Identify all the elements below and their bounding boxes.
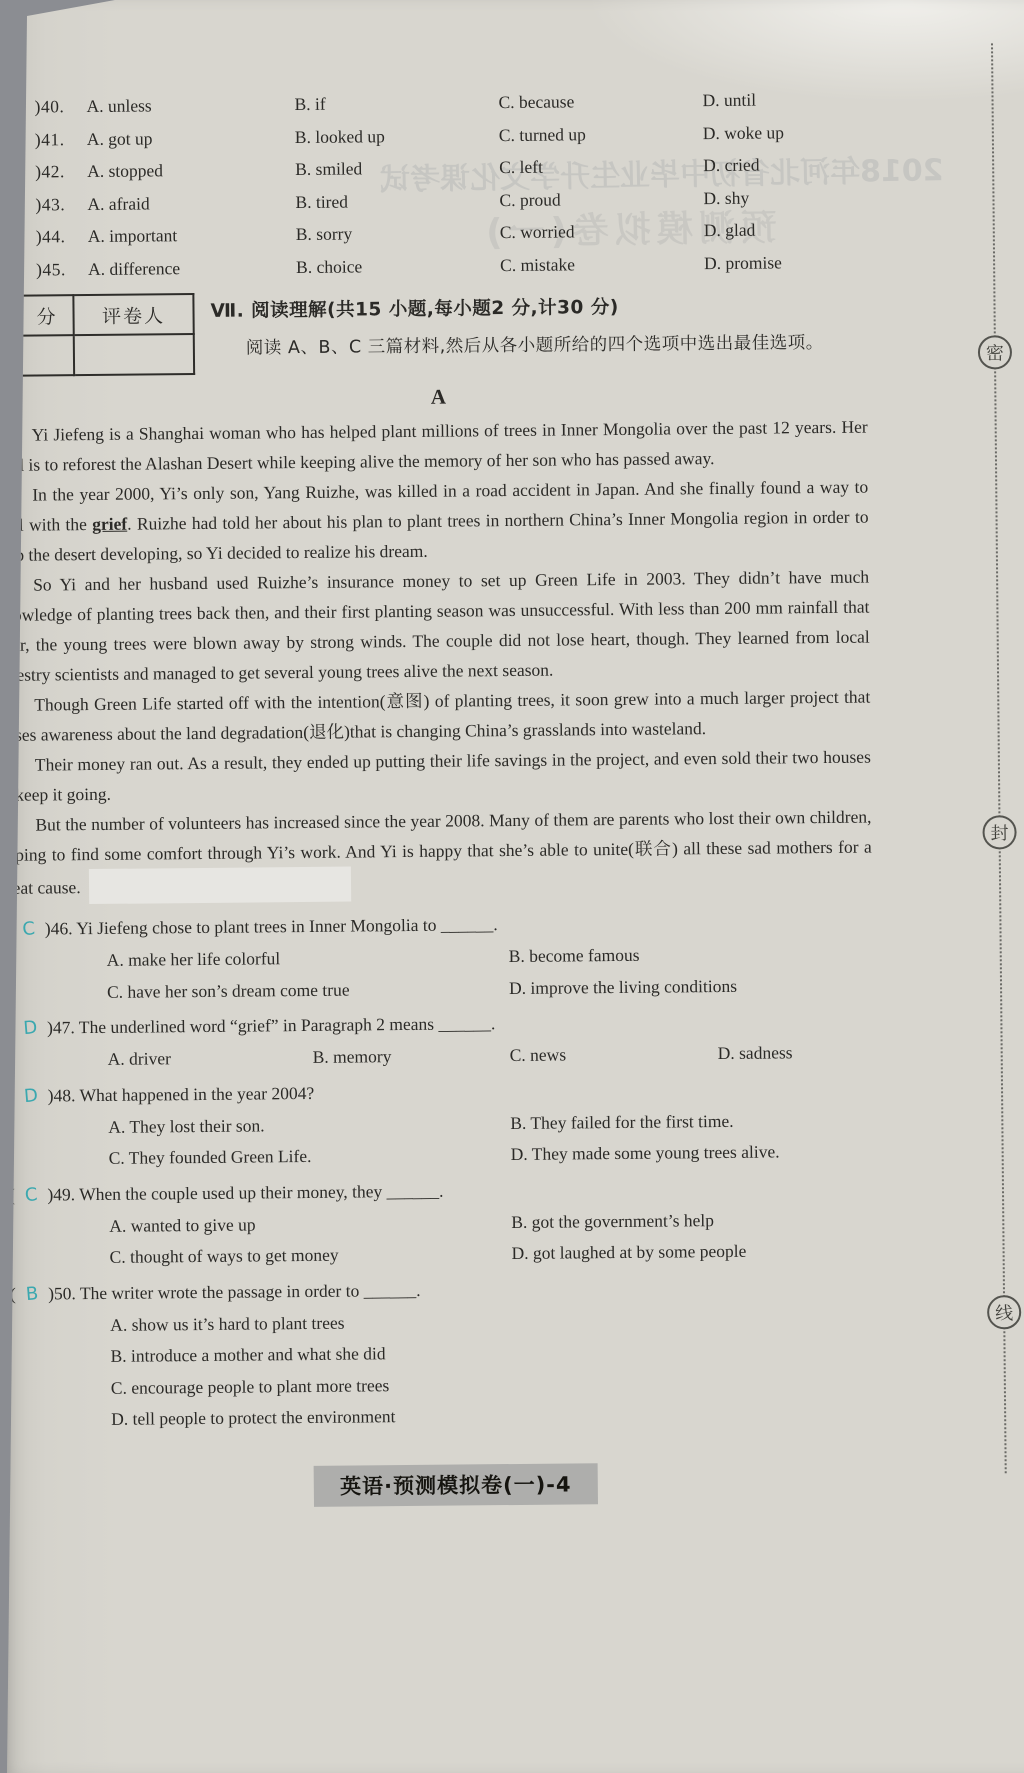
- handwritten-answer-45: A: [5, 252, 37, 287]
- handwritten-answer-40: B: [3, 90, 35, 125]
- question-46: (C)46. Yi Jiefeng chose to plant trees i…: [6, 904, 893, 1009]
- option-b: B. sorry: [296, 216, 500, 250]
- option-c: C. proud: [499, 182, 703, 216]
- option-a: A. driver: [108, 1042, 313, 1075]
- option-c: C. They founded Green Life.: [109, 1139, 511, 1174]
- option-b: B. memory: [313, 1040, 510, 1073]
- score-table-header-grader: 评卷人: [73, 294, 193, 335]
- handwritten-answer-47: D: [22, 1012, 38, 1045]
- handwritten-answer-49: C: [24, 1179, 39, 1212]
- paren-open: (: [7, 1018, 13, 1038]
- question-48: (D)48. What happened in the year 2004? A…: [8, 1071, 895, 1176]
- option-b: B. got the government’s help: [511, 1203, 895, 1238]
- option-d: D. improve the living conditions: [509, 969, 893, 1004]
- handwritten-answer-48: D: [23, 1080, 39, 1113]
- page-content: B )40. A. unless B. if C. because D. unt…: [0, 0, 1024, 1773]
- handwritten-answer-46: C: [21, 913, 36, 946]
- cloze-section: B )40. A. unless B. if C. because D. unt…: [0, 82, 892, 286]
- question-number-49: )49.: [47, 1184, 75, 1204]
- section-instruction: 阅读 A、B、C 三篇材料,然后从各小题所给的四个选项中选出最佳选项。: [211, 329, 824, 360]
- section-header-row: 得 分 评卷人 Ⅶ. 阅读理解(共15 小题,每小题2 分,计30 分) 阅读 …: [0, 286, 881, 377]
- option-b: B. if: [294, 86, 498, 120]
- question-number-46: )46.: [45, 918, 73, 938]
- option-d: D. woke up: [703, 115, 891, 149]
- option-b: B. looked up: [295, 119, 499, 153]
- option-c: C. worried: [500, 214, 704, 248]
- option-c: C. left: [499, 149, 703, 183]
- question-number-45: )45.: [36, 253, 88, 286]
- paren-open: (: [8, 1085, 14, 1105]
- question-48-options: A. They lost their son. B. They failed f…: [8, 1104, 895, 1176]
- option-d: D. cried: [703, 147, 891, 181]
- stem-text: When the couple used up their money, the…: [79, 1180, 444, 1203]
- question-number-50: )50.: [48, 1283, 76, 1303]
- option-d: D. sadness: [718, 1036, 894, 1069]
- question-50-options: A. show us it’s hard to plant trees B. i…: [10, 1302, 897, 1436]
- stem-text: Yi Jiefeng chose to plant trees in Inner…: [76, 914, 498, 938]
- option-a: A. important: [88, 218, 296, 252]
- option-a: A. They lost their son.: [108, 1108, 510, 1143]
- seal-char-xian: 线: [987, 1295, 1021, 1329]
- option-c: C. because: [498, 84, 702, 118]
- option-d: D. glad: [704, 212, 892, 246]
- option-d: D. They made some young trees alive.: [510, 1135, 894, 1170]
- question-49: (C)49. When the couple used up their mon…: [9, 1170, 896, 1275]
- handwritten-answer-50: B: [25, 1278, 40, 1311]
- seal-char-feng: 封: [982, 815, 1016, 849]
- paragraph-6: But the number of volunteers has increas…: [0, 802, 872, 905]
- option-b: B. become famous: [509, 937, 893, 972]
- handwritten-answer-42: B: [4, 155, 36, 190]
- paragraph-2-after: . Ruizhe had told her about his plan to …: [0, 507, 869, 565]
- reading-questions: (C)46. Yi Jiefeng chose to plant trees i…: [0, 904, 897, 1436]
- option-c: C. have her son’s dream come true: [107, 973, 509, 1008]
- section-vii-block: Ⅶ. 阅读理解(共15 小题,每小题2 分,计30 分) 阅读 A、B、C 三篇…: [194, 287, 824, 375]
- option-c: C. thought of ways to get money: [109, 1238, 511, 1273]
- option-d: D. shy: [703, 180, 891, 214]
- option-b: B. They failed for the first time.: [510, 1104, 894, 1139]
- question-number-43: )43.: [35, 188, 87, 221]
- option-c: C. news: [510, 1038, 718, 1071]
- seal-dotted-line: [991, 43, 1007, 1473]
- question-number-48: )48.: [48, 1085, 76, 1105]
- paragraph-4: Though Green Life started off with the i…: [0, 682, 871, 750]
- question-47: (D)47. The underlined word “grief” in Pa…: [7, 1003, 894, 1076]
- option-b: B. tired: [295, 184, 499, 218]
- option-a: A. afraid: [87, 186, 295, 220]
- handwritten-answer-43: C: [4, 187, 36, 222]
- score-table: 得 分 评卷人: [0, 293, 195, 377]
- section-title: Ⅶ. 阅读理解(共15 小题,每小题2 分,计30 分): [210, 291, 823, 323]
- score-table-header-score: 得 分: [0, 295, 74, 336]
- stem-text: The underlined word “grief” in Paragraph…: [79, 1013, 496, 1037]
- question-number-42: )42.: [35, 155, 87, 188]
- paren-open: (: [9, 1184, 15, 1204]
- option-d: D. until: [702, 82, 890, 116]
- option-b: B. smiled: [295, 151, 499, 185]
- question-50: (B)50. The writer wrote the passage in o…: [10, 1269, 897, 1436]
- paragraph-1: Yi Jiefeng is a Shanghai woman who has h…: [0, 412, 868, 480]
- question-number-47: )47.: [47, 1017, 75, 1037]
- paragraph-2: In the year 2000, Yi’s only son, Yang Ru…: [0, 472, 869, 570]
- option-d: D. got laughed at by some people: [511, 1234, 895, 1269]
- option-d: D. tell people to protect the environmen…: [111, 1396, 897, 1435]
- option-b: B. choice: [296, 249, 500, 283]
- handwritten-answer-44: D: [5, 220, 37, 255]
- question-number-44: )44.: [36, 220, 88, 253]
- paren-open: (: [10, 1283, 16, 1303]
- question-number-40: )40.: [34, 90, 86, 123]
- exam-page-scan: 2018年河北省初中毕业生升学文化课考试 预测模拟卷(一) B )40. A. …: [0, 0, 1024, 1773]
- option-a: A. unless: [86, 88, 294, 122]
- question-number-41: )41.: [35, 123, 87, 156]
- option-d: D. promise: [704, 245, 892, 279]
- seal-char-mi: 密: [978, 335, 1012, 369]
- score-table-cell-grader: [74, 334, 194, 375]
- option-c: C. turned up: [499, 117, 703, 151]
- underlined-word-grief: grief: [92, 514, 127, 534]
- paren-open: (: [6, 919, 12, 939]
- option-a: A. stopped: [87, 153, 295, 187]
- page-footer: 英语·预测模拟卷(一)-4: [6, 1460, 906, 1510]
- paragraph-3: So Yi and her husband used Ruizhe’s insu…: [0, 562, 870, 690]
- handwritten-answer-41: A: [4, 122, 36, 157]
- paragraph-5: Their money ran out. As a result, they e…: [0, 742, 871, 810]
- score-table-cell-score: [0, 335, 74, 376]
- question-46-options: A. make her life colorful B. become famo…: [7, 937, 894, 1009]
- passage-label: A: [0, 380, 881, 414]
- footer-page-label: 英语·预测模拟卷(一)-4: [314, 1463, 598, 1507]
- option-a: A. wanted to give up: [109, 1207, 511, 1242]
- option-a: A. difference: [88, 251, 296, 285]
- passage-a: Yi Jiefeng is a Shanghai woman who has h…: [0, 412, 872, 905]
- option-a: A. got up: [87, 121, 295, 155]
- question-49-options: A. wanted to give up B. got the governme…: [9, 1203, 896, 1275]
- option-c: C. mistake: [500, 247, 704, 281]
- stem-text: What happened in the year 2004?: [79, 1082, 314, 1104]
- stem-text: The writer wrote the passage in order to…: [80, 1279, 421, 1302]
- option-a: A. make her life colorful: [107, 941, 509, 976]
- redaction-box: [88, 867, 350, 905]
